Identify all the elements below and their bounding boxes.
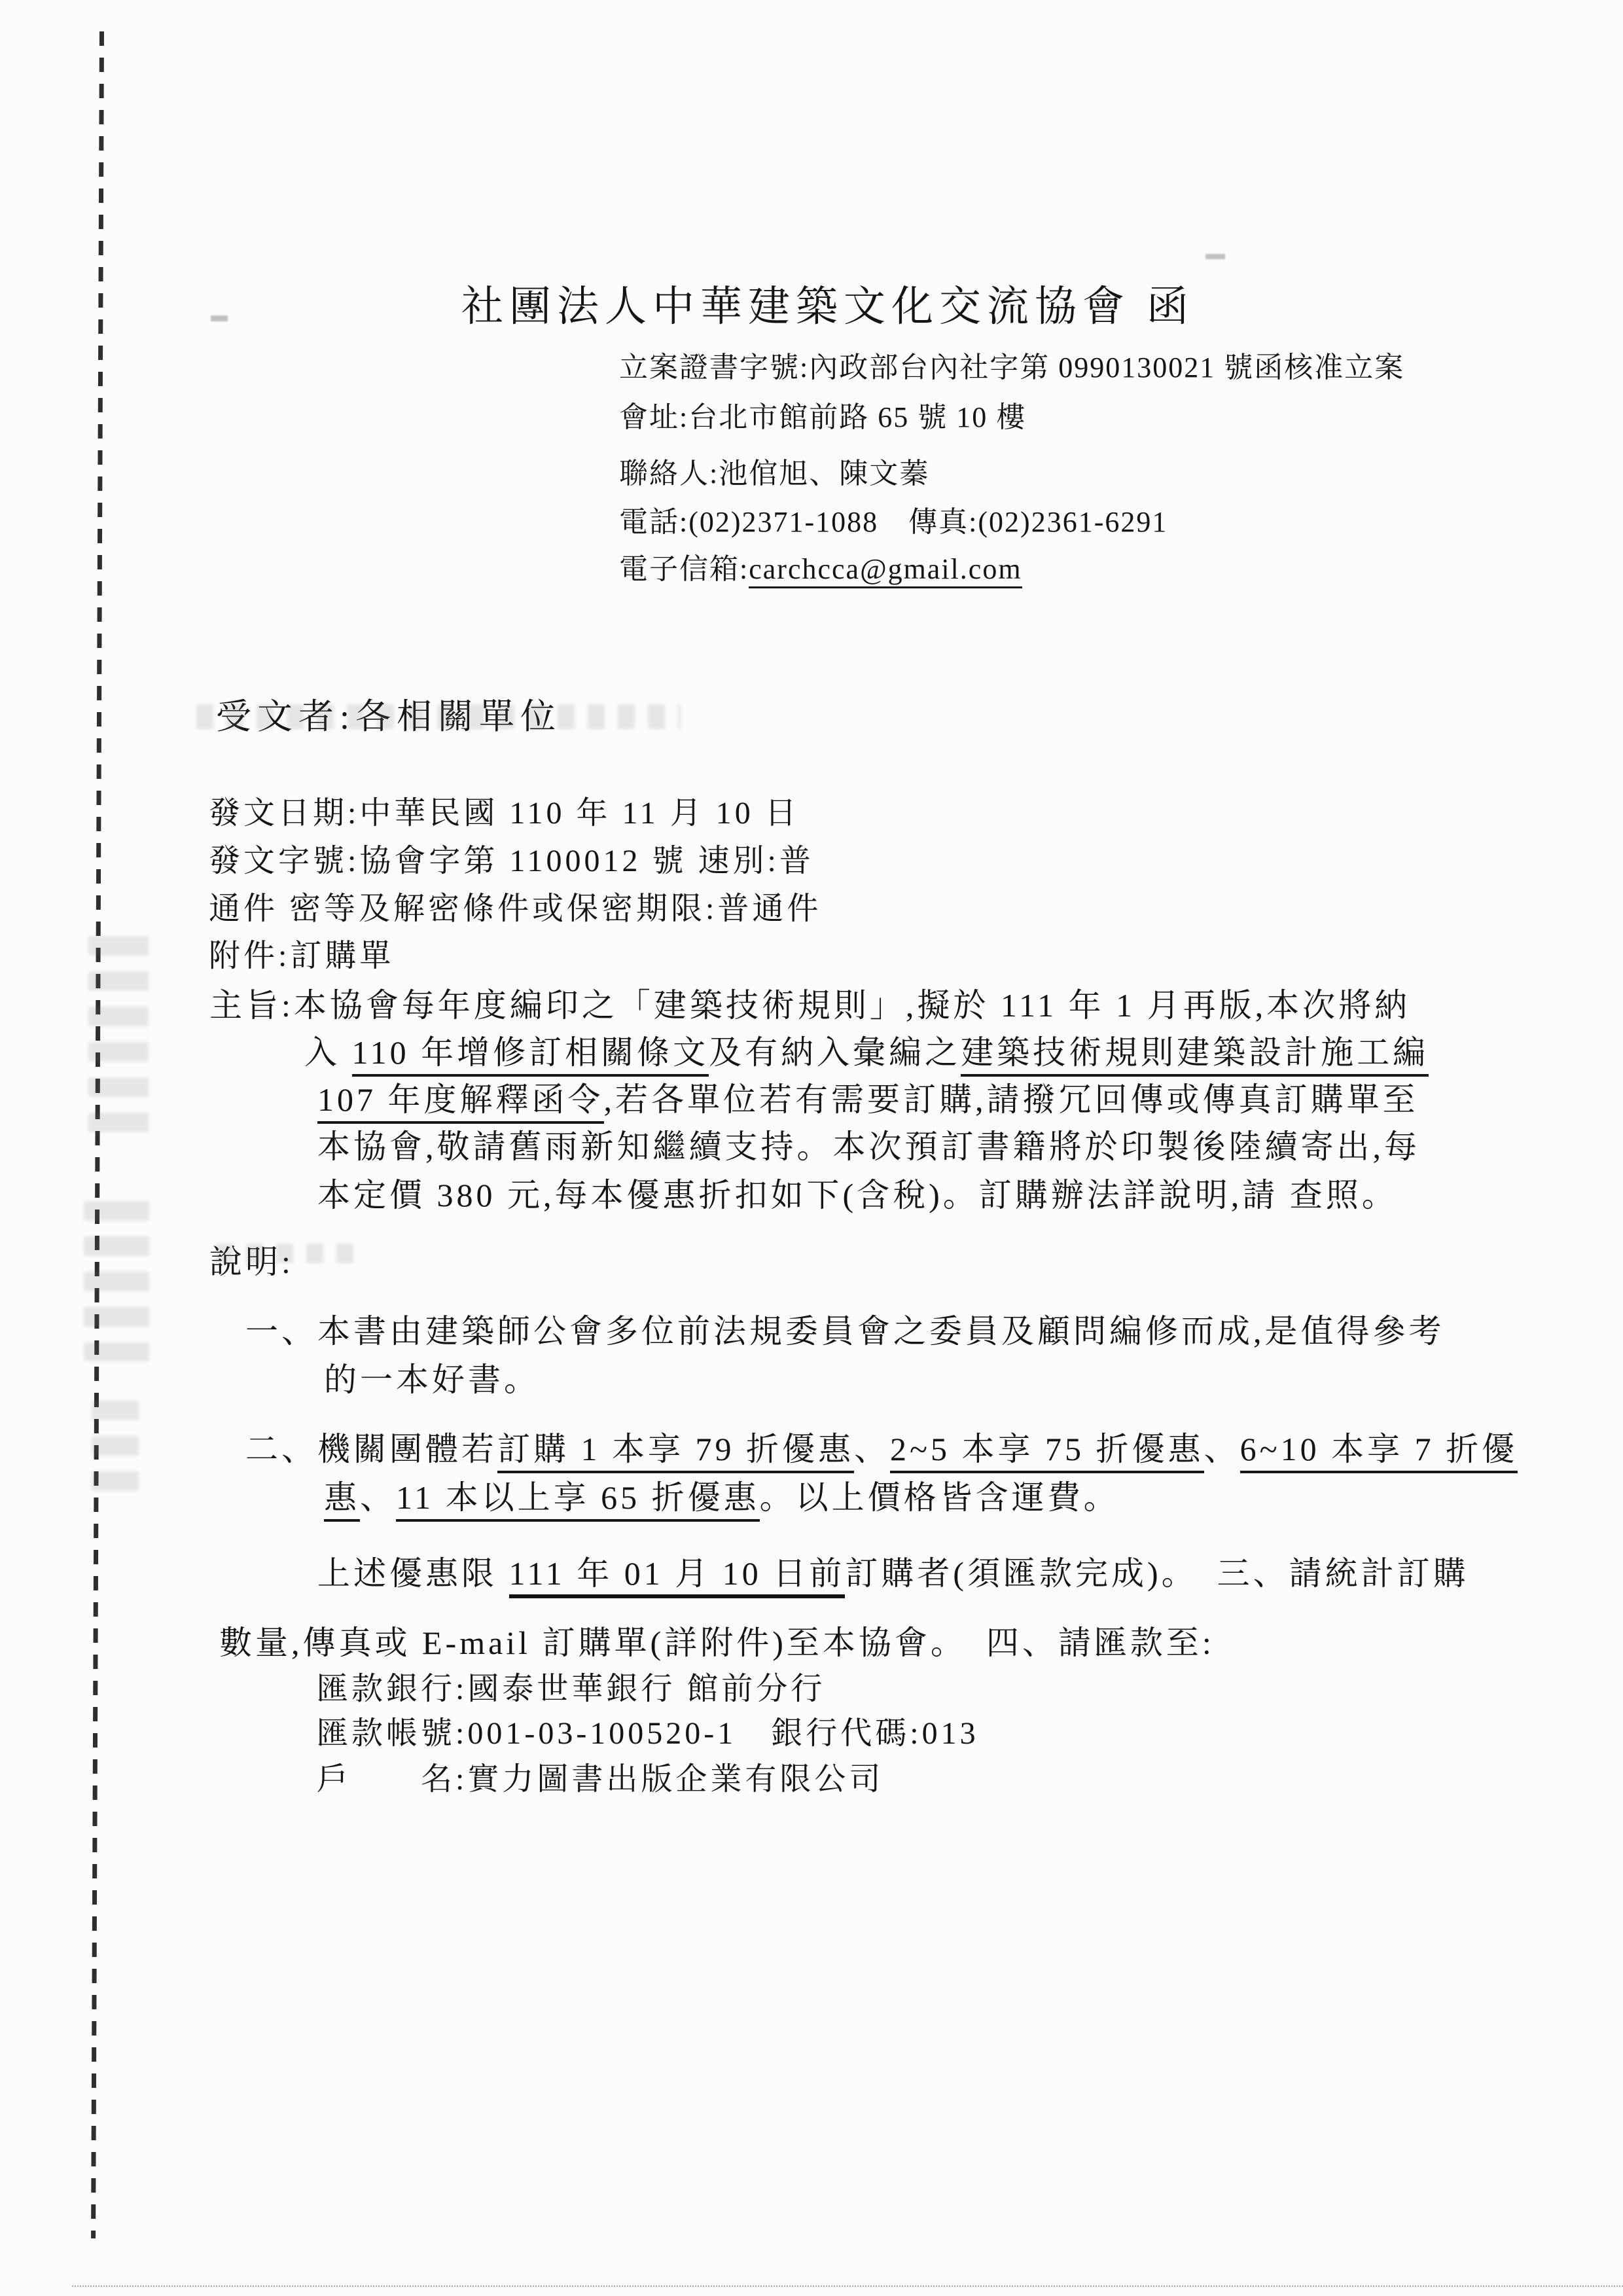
letter-title: 社團法人中華建築文化交流協會 函 [0,234,1623,331]
underlined-discount-3: 6~10 本享 7 折優 [1240,1431,1518,1473]
item1-line-2: 的一本好書。 [301,1323,540,1399]
deadline-line: 上述優惠限 111 年 01 月 10 日前訂購者(須匯款完成)。 三、請統計訂… [294,1517,1469,1592]
bleedthrough-smudge [88,936,149,1145]
scan-speck [211,315,228,321]
scanner-edge-line [72,2286,1623,2287]
scan-speck [1205,254,1225,259]
scanned-letter-page: { "letterhead": { "title": "社團法人中華建築文化交流… [0,0,1623,2296]
email-label: 電子信箱: [619,553,749,585]
bleedthrough-smudge [92,1401,139,1499]
remit-account-name-line: 戶 名:實力圖書出版企業有限公司 [294,1725,883,1797]
email-address: carchcca@gmail.com [749,553,1022,588]
subject-line-5: 本定價 380 元,每本優惠折扣如下(含稅)。訂購辦法詳說明,請 查照。 [294,1139,1398,1214]
item2-line-2: 惠、11 本以上享 65 折優惠。以上價格皆含運費。 [301,1441,1120,1516]
underlined-discount-3-cont: 惠 [324,1479,360,1522]
bleedthrough-smudge [84,1201,149,1361]
email-line: 電子信箱:carchcca@gmail.com [602,520,1022,586]
underlined-discount-4: 11 本以上享 65 折優惠 [396,1479,760,1522]
bleedthrough-smudge [216,1244,360,1263]
bleedthrough-smudge [196,704,681,729]
